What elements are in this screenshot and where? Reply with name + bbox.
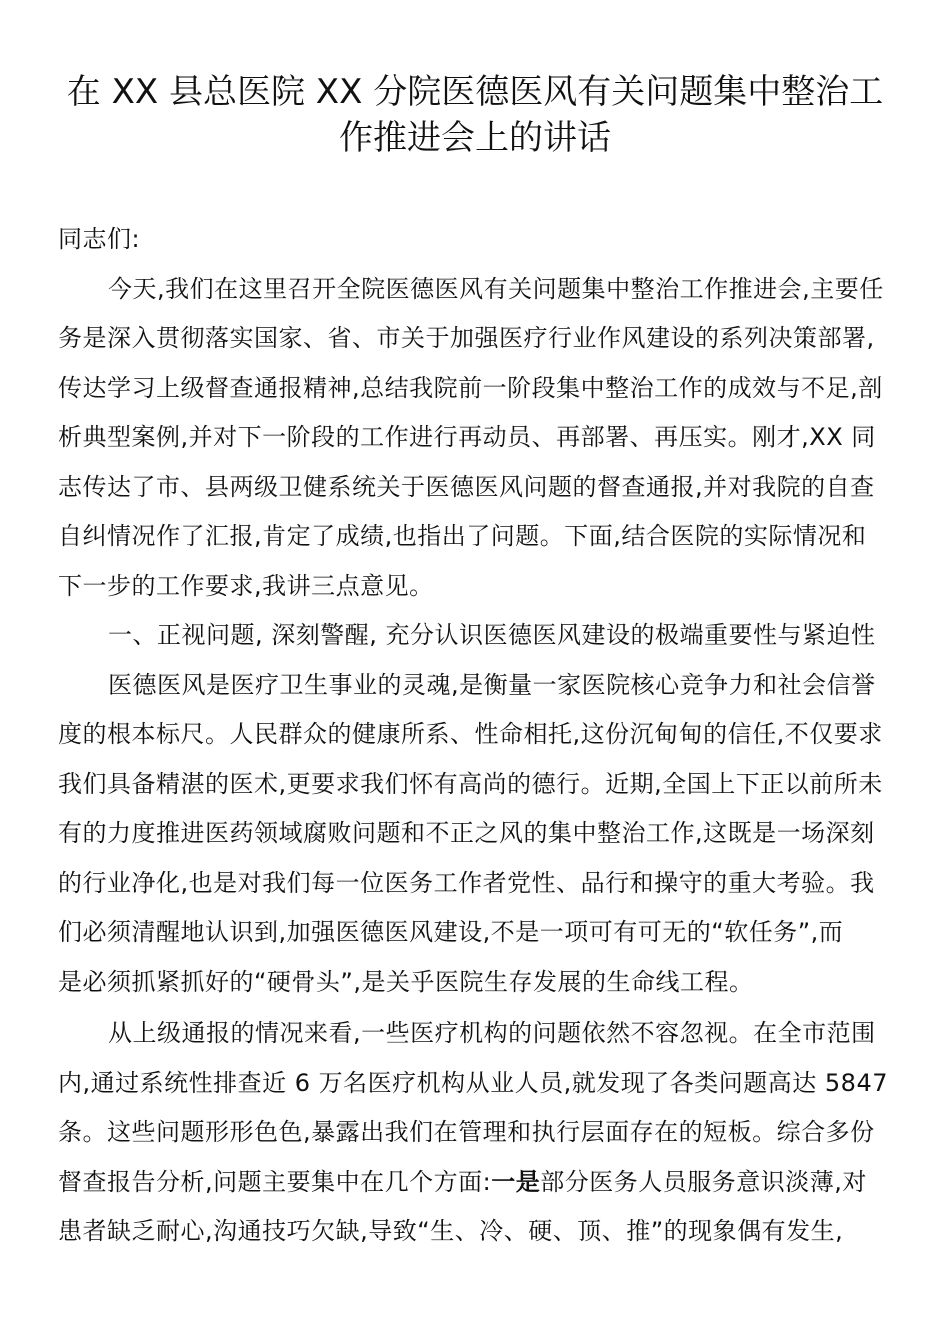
paragraph-importance: 医德医风是医疗卫生事业的灵魂,是衡量一家医院核心竞争力和社会信誉 度的根本标尺。… [58,661,908,1008]
paragraph-line: 自纠情况作了汇报,肯定了成绩,也指出了问题。下面,结合医院的实际情况和 [58,512,908,562]
document-title: 在 XX 县总医院 XX 分院医德医风有关问题集中整治工 作推进会上的讲话 [40,69,910,161]
document-body: 同志们: 今天,我们在这里召开全院医德医风有关问题集中整治工作推进会,主要任 务… [58,215,908,1257]
paragraph-line: 传达学习上级督查通报精神,总结我院前一阶段集中整治工作的成效与不足,剖 [58,364,908,414]
title-line: 在 XX 县总医院 XX 分院医德医风有关问题集中整治工 [40,69,910,115]
paragraph-line: 患者缺乏耐心,沟通技巧欠缺,导致“生、冷、硬、顶、推”的现象偶有发生, [58,1207,908,1257]
paragraph-line: 们必须清醒地认识到,加强医德医风建设,不是一项可有可无的“软任务”,而 [58,908,908,958]
line-text-after: 部分医务人员服务意识淡薄,对 [540,1168,867,1196]
paragraph-line: 的行业净化,也是对我们每一位医务工作者党性、品行和操守的重大考验。我 [58,859,908,909]
emphasis-first-point: 一是 [491,1168,540,1196]
paragraph-line-emphasis: 督查报告分析,问题主要集中在几个方面:一是部分医务人员服务意识淡薄,对 [58,1158,908,1208]
salutation-text: 同志们: [58,215,908,265]
paragraph-line: 志传达了市、县两级卫健系统关于医德医风问题的督查通报,并对我院的自查 [58,463,908,513]
paragraph-line: 条。这些问题形形色色,暴露出我们在管理和执行层面存在的短板。综合多份 [58,1108,908,1158]
paragraph-line: 内,通过系统性排查近 6 万名医疗机构从业人员,就发现了各类问题高达 5847 [58,1059,908,1109]
section-heading-text: 一、正视问题, 深刻警醒, 充分认识医德医风建设的极端重要性与紧迫性 [58,611,908,661]
paragraph-line: 我们具备精湛的医术,更要求我们怀有高尚的德行。近期,全国上下正以前所未 [58,760,908,810]
paragraph-opening: 今天,我们在这里召开全院医德医风有关问题集中整治工作推进会,主要任 务是深入贯彻… [58,265,908,612]
line-text-before: 督查报告分析,问题主要集中在几个方面: [58,1168,491,1196]
paragraph-line: 务是深入贯彻落实国家、省、市关于加强医疗行业作风建设的系列决策部署, [58,314,908,364]
paragraph-line: 从上级通报的情况来看,一些医疗机构的问题依然不容忽视。在全市范围 [58,1009,908,1059]
title-line: 作推进会上的讲话 [40,115,910,161]
salutation: 同志们: [58,215,908,265]
paragraph-line: 今天,我们在这里召开全院医德医风有关问题集中整治工作推进会,主要任 [58,265,908,315]
paragraph-line: 医德医风是医疗卫生事业的灵魂,是衡量一家医院核心竞争力和社会信誉 [58,661,908,711]
paragraph-line: 有的力度推进医药领域腐败问题和不正之风的集中整治工作,这既是一场深刻 [58,809,908,859]
section-heading-1: 一、正视问题, 深刻警醒, 充分认识医德医风建设的极端重要性与紧迫性 [58,611,908,661]
paragraph-line: 析典型案例,并对下一阶段的工作进行再动员、再部署、再压实。刚才,XX 同 [58,413,908,463]
paragraph-problems: 从上级通报的情况来看,一些医疗机构的问题依然不容忽视。在全市范围 内,通过系统性… [58,1009,908,1257]
document-page: 在 XX 县总医院 XX 分院医德医风有关问题集中整治工 作推进会上的讲话 同志… [0,0,950,1344]
paragraph-line: 度的根本标尺。人民群众的健康所系、性命相托,这份沉甸甸的信任,不仅要求 [58,710,908,760]
paragraph-line: 是必须抓紧抓好的“硬骨头”,是关乎医院生存发展的生命线工程。 [58,958,908,1008]
paragraph-line: 下一步的工作要求,我讲三点意见。 [58,562,908,612]
